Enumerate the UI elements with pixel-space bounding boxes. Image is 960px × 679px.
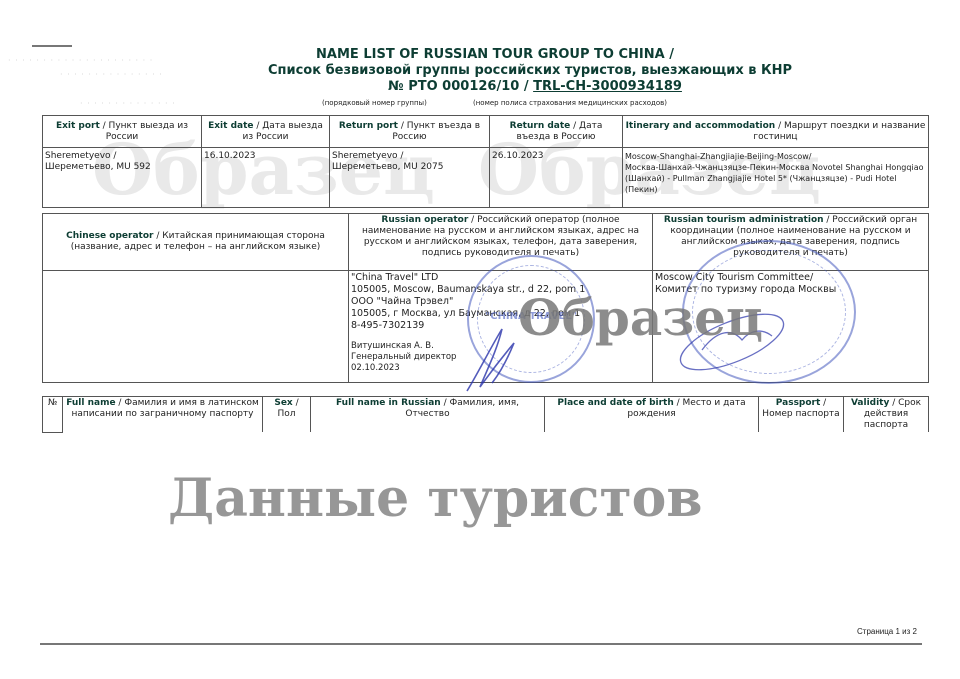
operators-table: Chinese operator / Китайская принимающая… bbox=[42, 213, 929, 383]
header-exit-date: Exit date / Дата выезда из России bbox=[202, 116, 330, 148]
faded-text: · · · · · · · · · · · · · · bbox=[80, 99, 176, 108]
signature-date: 02.10.2023 bbox=[351, 363, 650, 374]
watermark-tourists-data: Данные туристов bbox=[168, 468, 703, 529]
russian-operator-phone: 8-495-7302139 bbox=[351, 320, 650, 332]
tourists-table-header: № Full name / Фамилия и имя в латинском … bbox=[43, 397, 929, 433]
header-exit-port: Exit port / Пункт выезда из России bbox=[43, 116, 202, 148]
administration-name-ru: Комитет по туризму города Москвы bbox=[655, 284, 926, 296]
trip-table-header: Exit port / Пункт выезда из России Exit … bbox=[43, 116, 929, 148]
return-port-en: Sheremetyevo / bbox=[332, 151, 487, 162]
caption-group-number: (порядковый номер группы) bbox=[322, 99, 427, 107]
russian-operator-address-en: 105005, Moscow, Baumanskaya str., d 22, … bbox=[351, 284, 650, 296]
header-chinese-operator: Chinese operator / Китайская принимающая… bbox=[43, 214, 349, 271]
itinerary-route-en: Moscow-Shanghai-Zhangjiajie-Beijing-Mosc… bbox=[625, 151, 926, 162]
header-full-name-latin: Full name / Фамилия и имя в латинском на… bbox=[63, 397, 263, 433]
exit-date-cell: 16.10.2023 bbox=[202, 148, 330, 208]
russian-operator-cell: "China Travel" LTD 105005, Moscow, Bauma… bbox=[349, 271, 653, 383]
header-sex: Sex / Пол bbox=[263, 397, 311, 433]
return-port-cell: Sheremetyevo / Шереметьево, MU 2075 bbox=[330, 148, 490, 208]
trip-table-row: Sheremetyevo / Шереметьево, MU 592 16.10… bbox=[43, 148, 929, 208]
insurance-policy-number: TRL-CH-3000934189 bbox=[533, 79, 682, 94]
header-passport: Passport / Номер паспорта bbox=[759, 397, 844, 433]
header-validity: Validity / Срок действия паспорта bbox=[844, 397, 929, 433]
operators-table-row: "China Travel" LTD 105005, Moscow, Bauma… bbox=[43, 271, 929, 383]
chinese-operator-cell bbox=[43, 271, 349, 383]
tourism-administration-cell: Moscow City Tourism Committee/ Комитет п… bbox=[653, 271, 929, 383]
title-russian: Список безвизовой группы российских тури… bbox=[0, 63, 960, 78]
group-number-prefix: № РТО 000126/10 / bbox=[388, 79, 533, 94]
return-port-ru: Шереметьево, MU 2075 bbox=[332, 162, 487, 173]
russian-operator-name-ru: ООО "Чайна Трэвел" bbox=[351, 296, 650, 308]
header-full-name-russian: Full name in Russian / Фамилия, имя, Отч… bbox=[311, 397, 545, 433]
signer-name: Витушинская А. В. bbox=[351, 341, 650, 352]
header-birth-place-date: Place and date of birth / Место и дата р… bbox=[545, 397, 759, 433]
header-tourism-administration: Russian tourism administration / Российс… bbox=[653, 214, 929, 271]
caption-policy-number: (номер полиса страхования медицинских ра… bbox=[473, 99, 667, 107]
header-return-date: Return date / Дата въезда в Россию bbox=[490, 116, 623, 148]
header-return-port: Return port / Пункт въезда в Россию bbox=[330, 116, 490, 148]
header-number: № bbox=[43, 397, 63, 433]
title-english: NAME LIST OF RUSSIAN TOUR GROUP TO CHINA… bbox=[0, 47, 960, 62]
itinerary-hotels: (Шанхай) - Pullman Zhangjiajie Hotel 5* … bbox=[625, 173, 926, 195]
return-date-cell: 26.10.2023 bbox=[490, 148, 623, 208]
russian-operator-address-ru: 105005, г Москва, ул Бауманская, д 22, п… bbox=[351, 308, 650, 320]
russian-operator-name-en: "China Travel" LTD bbox=[351, 272, 650, 284]
itinerary-route-ru: Москва-Шанхай-Чжанцзяцзе-Пекин-Москва No… bbox=[625, 162, 926, 173]
page-number: Страница 1 из 2 bbox=[857, 627, 917, 636]
exit-port-ru: Шереметьево, MU 592 bbox=[45, 162, 199, 173]
exit-port-en: Sheremetyevo / bbox=[45, 151, 199, 162]
tourists-table: № Full name / Фамилия и имя в латинском … bbox=[42, 396, 929, 433]
exit-port-cell: Sheremetyevo / Шереметьево, MU 592 bbox=[43, 148, 202, 208]
header-itinerary: Itinerary and accommodation / Маршрут по… bbox=[623, 116, 929, 148]
trip-table: Exit port / Пункт выезда из России Exit … bbox=[42, 115, 929, 208]
administration-name-en: Moscow City Tourism Committee/ bbox=[655, 272, 926, 284]
group-number: № РТО 000126/10 / TRL-CH-3000934189 bbox=[0, 79, 960, 94]
footer-rule bbox=[40, 643, 922, 645]
header-russian-operator: Russian operator / Российский оператор (… bbox=[349, 214, 653, 271]
operators-table-header: Chinese operator / Китайская принимающая… bbox=[43, 214, 929, 271]
signer-position: Генеральный директор bbox=[351, 352, 650, 363]
itinerary-cell: Moscow-Shanghai-Zhangjiajie-Beijing-Mosc… bbox=[623, 148, 929, 208]
